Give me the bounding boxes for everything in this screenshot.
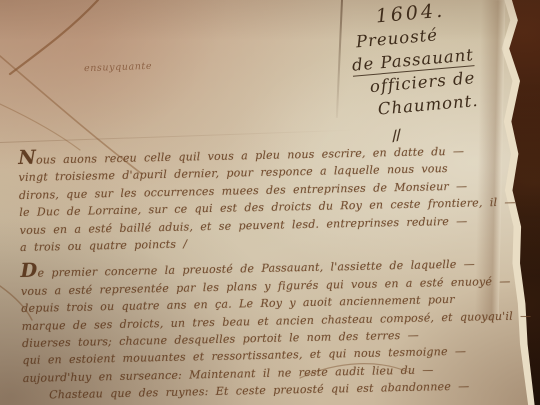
letter-paragraph: De premier concerne la preuosté de Passa… (20, 252, 525, 405)
manuscript-photo: ensuyquante 1604. Preuosté de Passauant … (0, 0, 540, 405)
letter-body: Nous auons receu celle quil vous a pleu … (18, 138, 525, 404)
archival-corner-note: 1604. Preuosté de Passauant officiers de… (347, 0, 526, 123)
letter-paragraph: Nous auons receu celle quil vous a pleu … (18, 138, 522, 256)
